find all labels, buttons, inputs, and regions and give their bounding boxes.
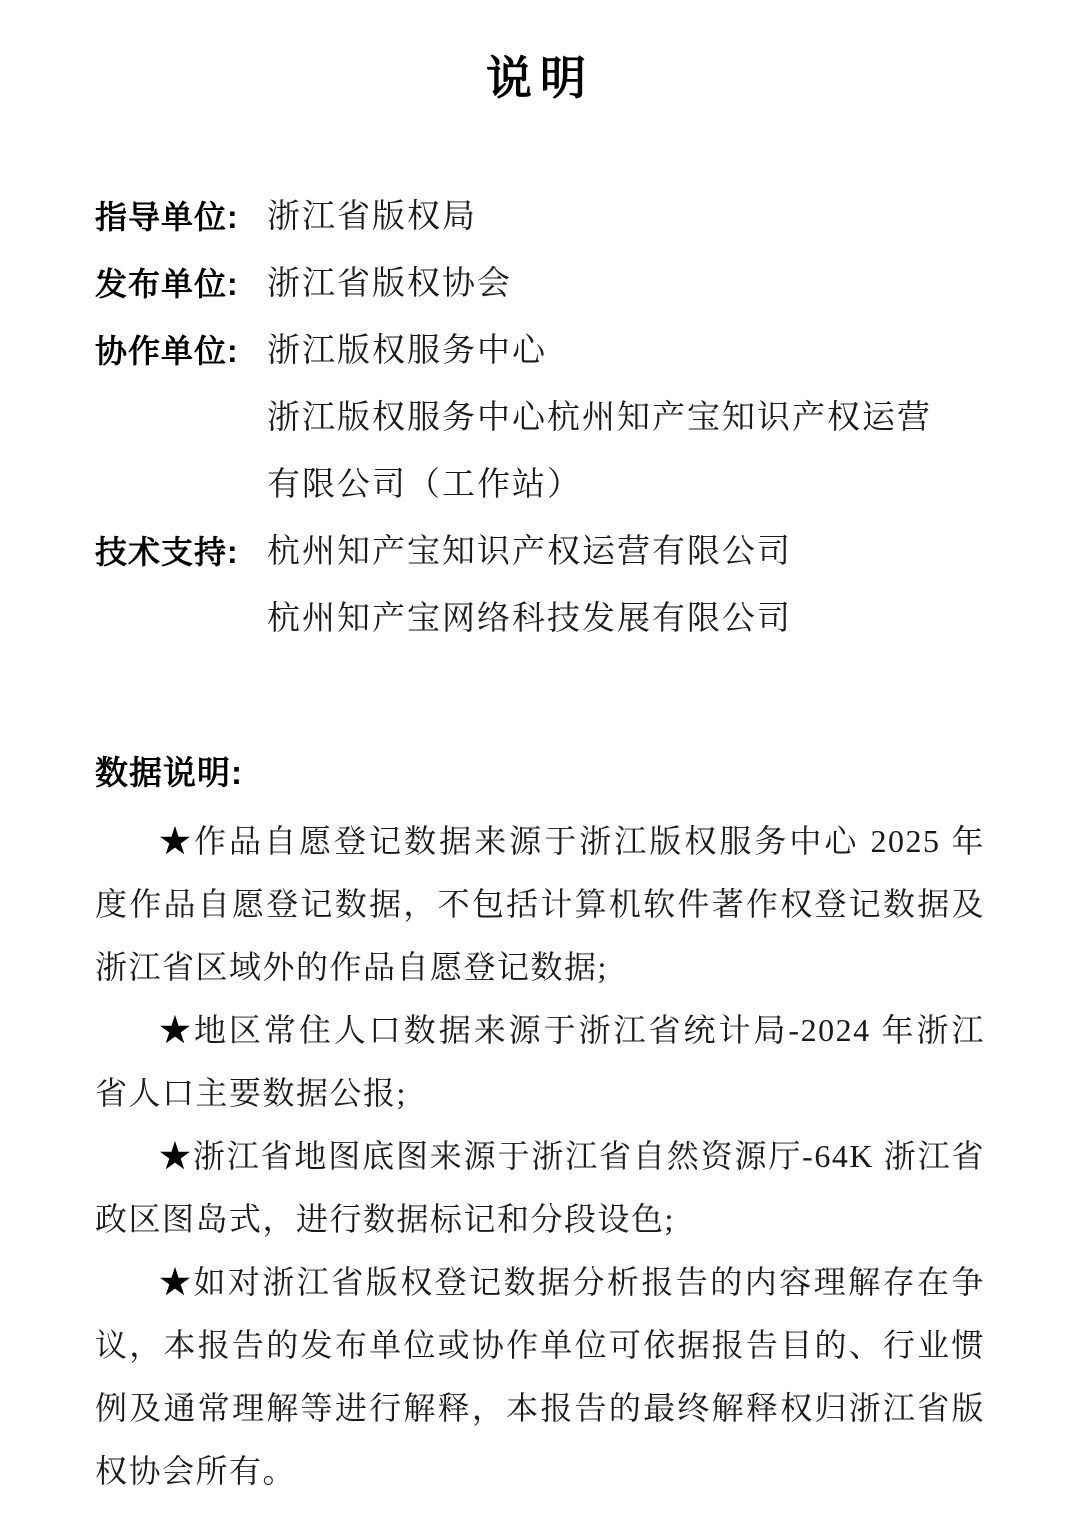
document-page: 说明 指导单位: 浙江省版权局 发布单位: 浙江省版权协会 协作单位: 浙江版权… (0, 0, 1080, 1515)
credit-row-collaborating-unit: 协作单位: 浙江版权服务中心 浙江版权服务中心杭州知产宝知识产权运营有限公司（工… (95, 318, 985, 519)
data-note-population-source: ★地区常住人口数据来源于浙江省统计局-2024 年浙江省人口主要数据公报; (95, 999, 985, 1125)
page-title: 说明 (95, 48, 985, 108)
credit-value: 杭州知产宝知识产权运营有限公司 杭州知产宝网络科技发展有限公司 (267, 519, 957, 653)
credits-section: 指导单位: 浙江省版权局 发布单位: 浙江省版权协会 协作单位: 浙江版权服务中… (95, 184, 985, 653)
credit-label: 技术支持: (95, 519, 267, 586)
credit-value: 浙江省版权协会 (267, 251, 957, 318)
credit-label: 指导单位: (95, 184, 267, 251)
data-notes-section: 数据说明: ★作品自愿登记数据来源于浙江版权服务中心 2025 年度作品自愿登记… (95, 741, 985, 1503)
credit-row-technical-support: 技术支持: 杭州知产宝知识产权运营有限公司 杭州知产宝网络科技发展有限公司 (95, 519, 985, 653)
credit-label: 协作单位: (95, 318, 267, 385)
data-note-registration-source: ★作品自愿登记数据来源于浙江版权服务中心 2025 年度作品自愿登记数据，不包括… (95, 810, 985, 999)
star-bullet-icon: ★ (159, 1138, 193, 1174)
credit-row-guidance-unit: 指导单位: 浙江省版权局 (95, 184, 985, 251)
credit-row-publishing-unit: 发布单位: 浙江省版权协会 (95, 251, 985, 318)
credit-value-line: 浙江省版权局 (267, 184, 957, 251)
credit-label: 发布单位: (95, 251, 267, 318)
credit-value: 浙江版权服务中心 浙江版权服务中心杭州知产宝知识产权运营有限公司（工作站） (267, 318, 957, 519)
note-text: 地区常住人口数据来源于浙江省统计局-2024 年浙江省人口主要数据公报; (95, 1012, 985, 1111)
credit-value-line: 浙江版权服务中心杭州知产宝知识产权运营有限公司（工作站） (267, 385, 957, 519)
data-note-interpretation-rights: ★如对浙江省版权登记数据分析报告的内容理解存在争议，本报告的发布单位或协作单位可… (95, 1251, 985, 1503)
credit-value-line: 浙江省版权协会 (267, 251, 957, 318)
data-note-map-source: ★浙江省地图底图来源于浙江省自然资源厅-64K 浙江省政区图岛式，进行数据标记和… (95, 1125, 985, 1251)
note-text: 浙江省地图底图来源于浙江省自然资源厅-64K 浙江省政区图岛式，进行数据标记和分… (95, 1138, 985, 1237)
credit-value-line: 杭州知产宝网络科技发展有限公司 (267, 586, 957, 653)
credit-value-line: 浙江版权服务中心 (267, 318, 957, 385)
star-bullet-icon: ★ (159, 1264, 193, 1300)
star-bullet-icon: ★ (159, 823, 194, 859)
note-text: 作品自愿登记数据来源于浙江版权服务中心 2025 年度作品自愿登记数据，不包括计… (95, 823, 985, 985)
note-text: 如对浙江省版权登记数据分析报告的内容理解存在争议，本报告的发布单位或协作单位可依… (95, 1264, 985, 1489)
star-bullet-icon: ★ (159, 1012, 194, 1048)
credit-value: 浙江省版权局 (267, 184, 957, 251)
credit-value-line: 杭州知产宝知识产权运营有限公司 (267, 519, 957, 586)
data-notes-heading: 数据说明: (95, 741, 985, 804)
